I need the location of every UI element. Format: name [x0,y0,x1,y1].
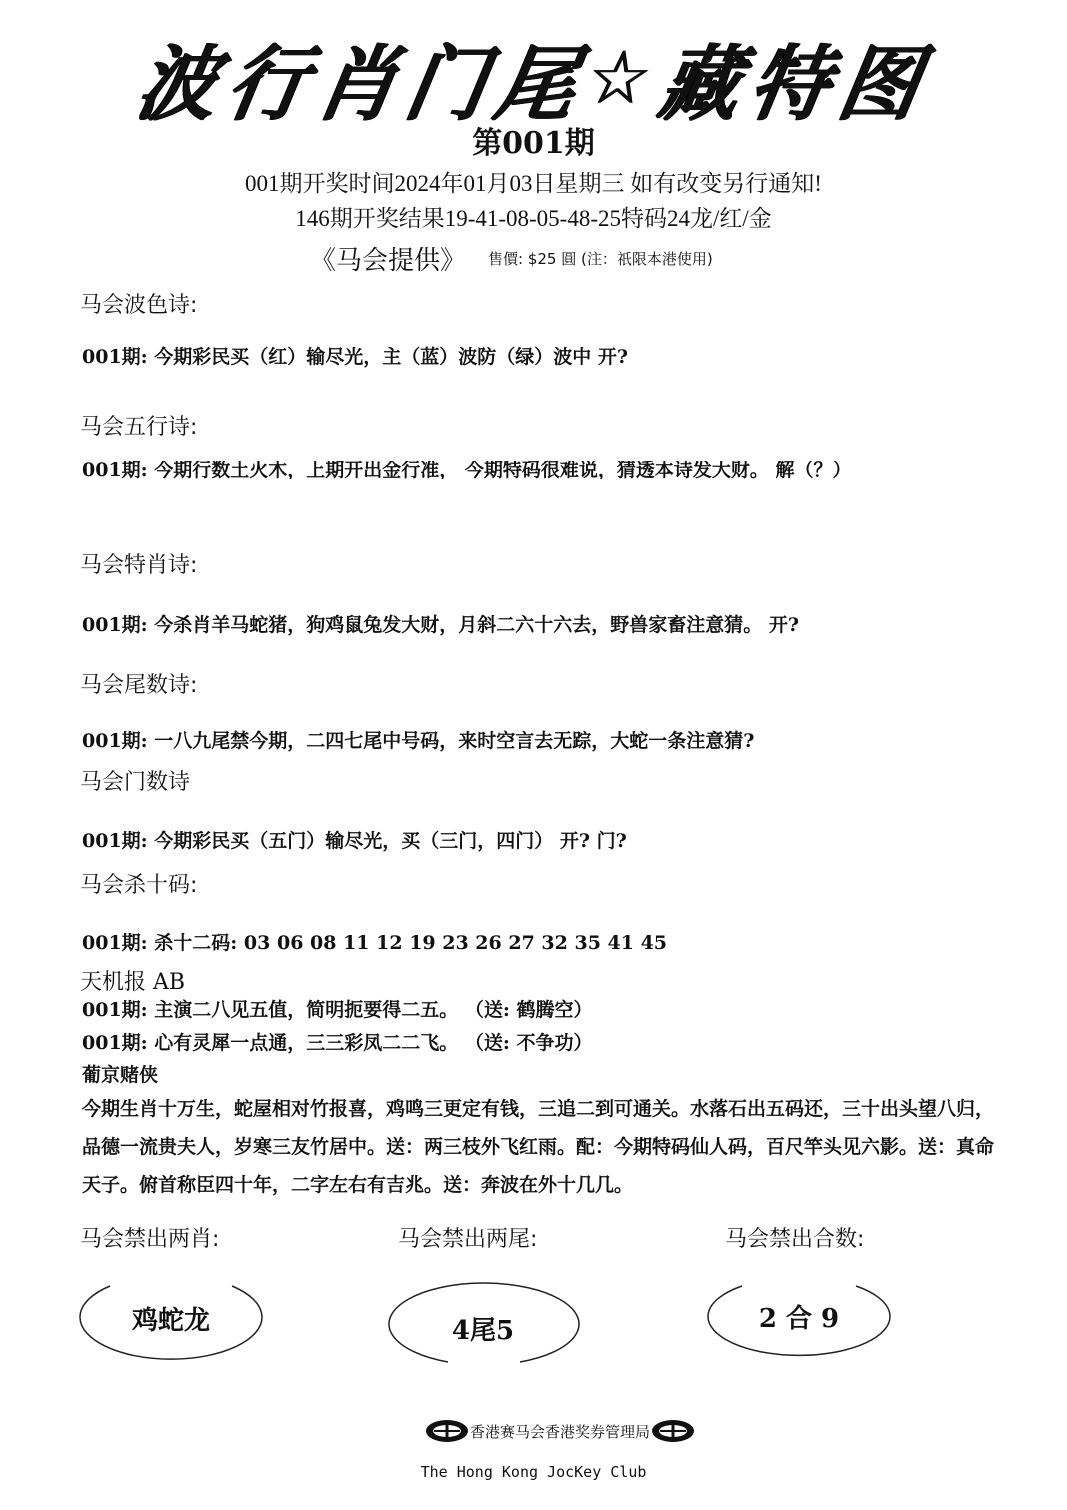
macau-heading: 葡京赌侠 [82,1060,158,1087]
special-zodiac-heading: 马会特肖诗: [80,548,197,579]
provided-by: 《马会提供》 [310,240,466,277]
ban-label: 马会禁出合数: [725,1222,864,1253]
tianji-line: 001期: 心有灵犀一点通，三三彩凤二二飞。 （送: 不争功） [82,1028,593,1055]
special-zodiac-line: 001期: 今杀肖羊马蛇猪，狗鸡鼠兔发大财，月斜二六十六去，野兽家畜注意猜。 开… [82,610,799,637]
jockey-club-logo-icon [424,1417,470,1445]
tail-number-line: 001期: 一八九尾禁今期，二四七尾中号码，来时空言去无踪，大蛇一条注意猜? [82,726,754,753]
ban-tail-ellipse: 4尾5 [386,1280,580,1366]
five-elements-text: 001期: 今期行数土火木，上期开出金行准， 今期特码很难说，猜透本诗发大财。 … [82,461,852,479]
ban-label: 马会禁出两肖: [80,1222,219,1253]
tail-number-heading: 马会尾数诗: [80,668,197,699]
macau-paragraph: 今期生肖十万生，蛇屋相对竹报喜，鸡鸣三更定有钱，三追二到可通关。水落石出五码还，… [82,1090,1012,1204]
footer-org: 香港赛马会香港奖券管理局 [395,1416,725,1446]
tianji-line: 001期: 主演二八见五值，简明扼要得二五。 （送: 鹤腾空） [82,995,593,1022]
ban-tail-value: 4尾5 [386,1310,580,1347]
door-number-heading: 马会门数诗 [80,765,190,796]
last-result: 146期开奖结果19-41-08-05-48-25特码24龙/红/金 [0,200,1067,233]
door-number-line: 001期: 今期彩民买（五门）输尽光，买（三门，四门） 开? 门? [82,826,627,853]
ban-label: 马会禁出两尾: [398,1222,537,1253]
wave-color-heading: 马会波色诗: [80,288,197,319]
ban-zodiac-ellipse: 鸡蛇龙 [78,1278,264,1368]
tianji-heading: 天机报 AB [80,965,185,996]
ban-zodiac-value: 鸡蛇龙 [78,1300,264,1337]
ban-sum-ellipse: 2 合 9 [706,1278,892,1362]
five-elements-heading: 马会五行诗: [80,410,197,441]
jockey-club-logo-icon [650,1417,696,1445]
price-note: 售價: $25 圓 (注：祇限本港使用) [488,248,713,269]
wave-color-line: 001期: 今期彩民买（红）输尽光，主（蓝）波防（绿）波中 开? [82,342,628,369]
footer-org-name: 香港赛马会香港奖券管理局 [470,1421,650,1442]
page-title: 波 行 肖 门 尾 ☆ 藏 特 图 [131,28,929,128]
issue-number: 第001期 [0,118,1067,162]
five-elements-line: 001期: 今期行数土火木，上期开出金行准， 今期特码很难说，猜透本诗发大财。 … [82,461,852,479]
ban-sum-value: 2 合 9 [706,1298,892,1335]
kill-ten-heading: 马会杀十码: [80,868,197,899]
star-icon: ☆ [581,34,659,120]
footer-english: The Hong Kong JocKey Club [0,1463,1067,1481]
kill-ten-line: 001期: 杀十二码: 03 06 08 11 12 19 23 26 27 3… [82,928,667,955]
draw-time: 001期开奖时间2024年01月03日星期三 如有改变另行通知! [0,165,1067,198]
